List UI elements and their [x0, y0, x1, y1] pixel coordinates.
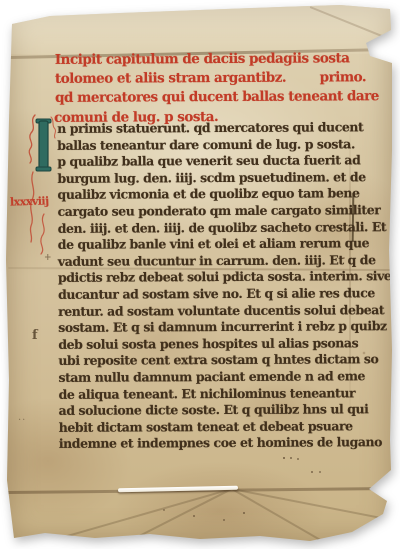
parchment-leaf: Incipit capitulum de daciis pedagiis sos…	[0, 0, 400, 549]
parchment-shadow: Incipit capitulum de daciis pedagiis sos…	[0, 0, 400, 549]
text-line: den. iiij. et den. iiij. de quolibz sach…	[58, 219, 393, 237]
text-line: ducantur ad sostam sive no. Et q si alie…	[58, 285, 393, 303]
text-line: n primis statuerunt. qd mercatores qui d…	[57, 119, 392, 137]
ink-specks	[283, 457, 285, 459]
text-line: ubi reposite cent extra sostam q hntes d…	[58, 351, 393, 369]
margin-letter-mark: f	[32, 328, 38, 343]
text-line: de aliqua teneant. Et nichilominus tenea…	[59, 385, 394, 403]
text-line: ballas teneantur dare comuni de lug. p s…	[57, 136, 392, 154]
top-fold-flap	[0, 0, 400, 54]
text-line: de qualibz banle vini et olei et aliam r…	[58, 235, 393, 253]
margin-dash-mark: ..	[18, 412, 26, 423]
text-line: stam nullu damnum paciant emende n ad em…	[58, 368, 393, 386]
folio-flourish	[36, 212, 52, 256]
text-line: ad solucione dicte soste. Et q quilibz h…	[59, 401, 394, 419]
text-line: vadunt seu ducuntur in carrum. den. iiij…	[58, 252, 393, 270]
folio-number: lxxxviij	[10, 194, 49, 208]
rubric-heading: Incipit capitulum de daciis pedagiis sos…	[55, 49, 390, 128]
crease-diagonal	[119, 488, 232, 547]
text-line: p qualibz balla que venerit seu ducta fu…	[57, 152, 392, 170]
text-line: indemne et indempnes coe et homines de l…	[59, 434, 394, 452]
text-line: qualibz vicmonia et de quolibz equo tam …	[57, 185, 392, 203]
crease-diagonal	[20, 488, 232, 549]
text-line: cargato seu ponderato qm male cargato si…	[58, 202, 393, 220]
text-line: rentur. ad sostam voluntate ducentis sol…	[58, 302, 393, 320]
manuscript-photo: Incipit capitulum de daciis pedagiis sos…	[0, 0, 400, 549]
text-line: sostam. Et q si damnum incurrerint i reb…	[58, 318, 393, 336]
margin-cross-mark: +	[44, 253, 52, 263]
body-text-block: n primis statuerunt. qd mercatores qui d…	[57, 119, 394, 453]
rubric-line: Incipit capitulum de daciis pedagiis sos…	[55, 49, 390, 70]
text-line: deb solui sosta penes hospites ul alias …	[58, 335, 393, 353]
rubric-line: tolomeo et aliis stram argantibz. primo.	[55, 68, 390, 89]
text-line: hebit dictam sostam teneat et debeat psu…	[59, 418, 394, 436]
rubric-line: qd mercatores qui ducent ballas teneant …	[55, 88, 390, 109]
text-line: burgum lug. den. iiij. scdm psuetudinem.…	[57, 169, 392, 187]
text-line: pdictis rebz debeat solui pdicta sosta. …	[58, 268, 393, 286]
crease-diagonal	[232, 488, 390, 520]
